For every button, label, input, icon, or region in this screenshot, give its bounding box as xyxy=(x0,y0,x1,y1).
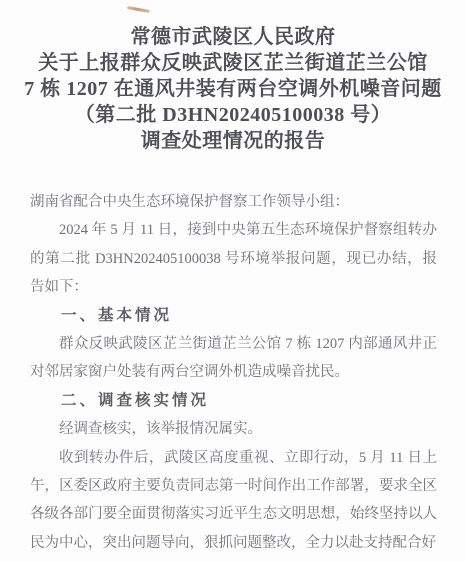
paragraph-verification-result: 经调查核实，该举报情况属实。 xyxy=(30,415,437,443)
scan-artifact-mark xyxy=(127,6,150,12)
title-line-issuer: 常德市武陵区人民政府 xyxy=(16,24,450,50)
salutation-line: 湖南省配合中央生态环境保护督察工作领导小组： xyxy=(30,188,437,216)
paragraph-action-taken: 收到转办件后，武陵区高度重视、立即行动，5 月 11 日上午，区委区政府主要负责… xyxy=(30,444,437,558)
title-line-case-number: （第二批 D3HN202405100038 号） xyxy=(16,102,450,128)
title-line-subject-1: 关于上报群众反映武陵区芷兰街道芷兰公馆 xyxy=(16,50,450,76)
title-line-report-type: 调查处理情况的报告 xyxy=(16,128,450,154)
document-title: 常德市武陵区人民政府 关于上报群众反映武陵区芷兰街道芷兰公馆 7 栋 1207 … xyxy=(16,24,450,154)
document-body: 湖南省配合中央生态环境保护督察工作领导小组： 2024 年 5 月 11 日，接… xyxy=(30,188,437,557)
scanned-document-page: 常德市武陵区人民政府 关于上报群众反映武陵区芷兰街道芷兰公馆 7 栋 1207 … xyxy=(0,0,466,562)
paragraph-intro: 2024 年 5 月 11 日，接到中央第五生态环境保护督察组转办的第二批 D3… xyxy=(30,216,437,301)
section-heading-basic-situation: 一、基本情况 xyxy=(30,302,437,330)
section-heading-verification: 二、调查核实情况 xyxy=(30,387,437,415)
paragraph-basic-situation: 群众反映武陵区芷兰街道芷兰公馆 7 栋 1207 内部通风井正对邻居家窗户处装有… xyxy=(30,330,437,387)
title-line-subject-2: 7 栋 1207 在通风井装有两台空调外机噪音问题 xyxy=(16,76,450,102)
